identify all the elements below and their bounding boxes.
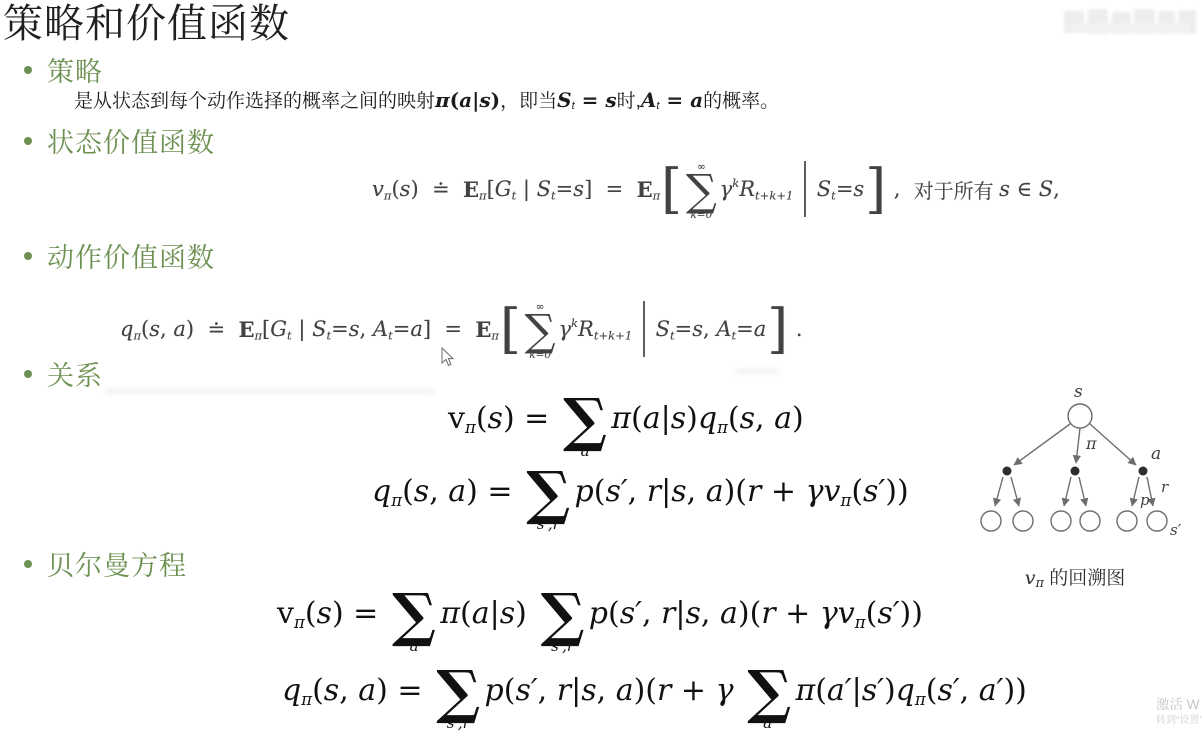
formula-action-value: qπ(s, a) ≐ Eπ[Gt | St=s, At=a] = Eπ[∞∑k=… bbox=[120, 286, 803, 372]
label-p: p bbox=[1140, 491, 1150, 509]
bullet-bellman: 贝尔曼方程 bbox=[47, 544, 187, 583]
bullet-dot-state-value bbox=[24, 137, 32, 145]
label-a: a bbox=[1151, 444, 1161, 464]
formula-relation-q: qπ(s, a) = ∑s′,rp(s′, r|s, a)(r + γvπ(s′… bbox=[372, 452, 909, 530]
formula-bellman-q: qπ(s, a) = ∑s′,rp(s′, r|s, a)(r + γ ∑a′π… bbox=[282, 647, 1027, 733]
action-node bbox=[1139, 467, 1148, 476]
mouse-cursor bbox=[441, 347, 457, 369]
formula-relation-v: vπ(s) = ∑aπ(a|s)qπ(s, a) bbox=[448, 380, 804, 456]
next-state-node bbox=[981, 511, 1001, 531]
bullet-dot-policy bbox=[24, 66, 32, 74]
policy-description: 是从状态到每个动作选择的概率之间的映射π(a|s)，即当St = s时,At =… bbox=[74, 86, 779, 113]
caption-pi-sub: π bbox=[1035, 576, 1044, 591]
next-state-node bbox=[1117, 511, 1137, 531]
label-r: r bbox=[1161, 478, 1169, 496]
bullet-relation: 关系 bbox=[47, 354, 103, 393]
next-state-node bbox=[1051, 511, 1071, 531]
watermark-top-right bbox=[1062, 5, 1198, 41]
bullet-dot-relation bbox=[24, 370, 32, 378]
label-pi: π bbox=[1085, 434, 1097, 453]
diagram-caption: vπ 的回溯图 bbox=[950, 563, 1200, 591]
action-node bbox=[1003, 467, 1012, 476]
next-state-node bbox=[1013, 511, 1033, 531]
bullet-dot-bellman bbox=[24, 560, 32, 568]
caption-v: v bbox=[1025, 567, 1036, 589]
activation-line2: 转到“设置” bbox=[1156, 714, 1201, 727]
video-artifact-smudge bbox=[105, 388, 435, 394]
video-artifact-smudge bbox=[735, 369, 780, 374]
state-node-root bbox=[1068, 404, 1092, 428]
activation-watermark: 激活 W 转到“设置” bbox=[1156, 696, 1201, 727]
next-state-node bbox=[1147, 511, 1167, 531]
formula-bellman-v: vπ(s) = ∑aπ(a|s) ∑s′,rp(s′, r|s, a)(r + … bbox=[277, 573, 923, 653]
activation-line1: 激活 W bbox=[1156, 696, 1201, 714]
bullet-policy: 策略 bbox=[47, 50, 103, 89]
bullet-action-value: 动作价值函数 bbox=[47, 236, 215, 275]
caption-text: 的回溯图 bbox=[1044, 568, 1125, 589]
next-state-node bbox=[1080, 511, 1100, 531]
bullet-state-value: 状态价值函数 bbox=[47, 121, 215, 160]
slide-title: 策略和价值函数 bbox=[3, 0, 290, 49]
bullet-dot-action-value bbox=[24, 252, 32, 260]
label-sprime: s′ bbox=[1170, 521, 1182, 539]
action-node bbox=[1071, 467, 1080, 476]
slide: 策略和价值函数 策略 是从状态到每个动作选择的概率之间的映射π(a|s)，即当S… bbox=[0, 0, 1201, 743]
formula-state-value: vπ(s) ≐ Eπ[Gt | St=s] = Eπ[∞∑k=0γkRt+k+1… bbox=[372, 150, 1060, 228]
label-s: s bbox=[1074, 382, 1083, 402]
